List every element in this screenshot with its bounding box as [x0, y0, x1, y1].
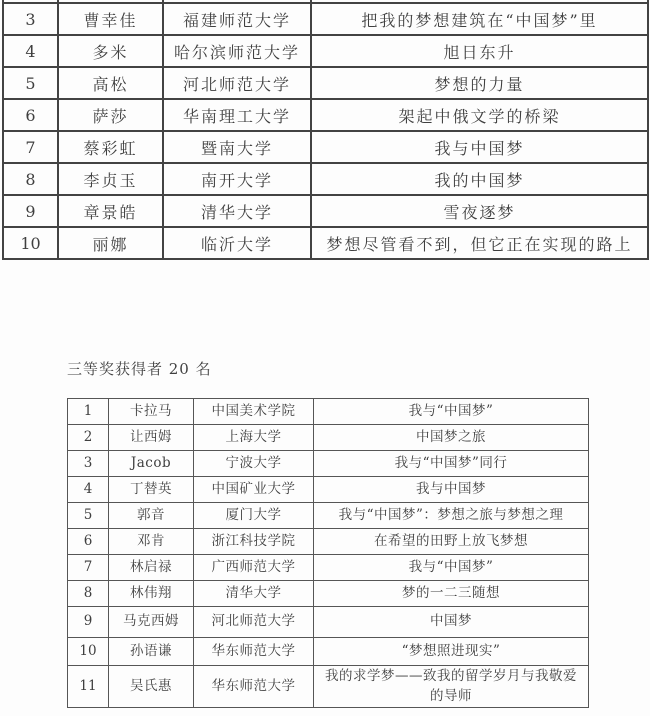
cell-school: 厦门大学: [194, 503, 314, 529]
cell-no: 1: [68, 399, 109, 425]
cell-name: 李贞玉: [58, 163, 163, 195]
cell-school: 上海大学: [194, 425, 314, 451]
cell-title: 梦的一二三随想: [314, 581, 589, 607]
cell-title: 中国梦之旅: [314, 425, 589, 451]
cell-name: 让西姆: [109, 425, 194, 451]
cell-name: 丁替英: [109, 477, 194, 503]
cell-title: 我与“中国梦”: [314, 399, 589, 425]
cell-name: 郭音: [109, 503, 194, 529]
table-row: 6萨莎华南理工大学架起中俄文学的桥梁: [3, 99, 648, 131]
cell-school: 清华大学: [163, 195, 311, 227]
cell-school: 清华大学: [194, 581, 314, 607]
cell-name: Jacob: [109, 451, 194, 477]
cell-title: 我的求学梦——致我的留学岁月与我敬爱的导师: [314, 666, 589, 708]
table-row: 4多米哈尔滨师范大学旭日东升: [3, 35, 648, 67]
cell-name: 高松: [58, 67, 163, 99]
cell-no: 4: [68, 477, 109, 503]
cell-title: 梦想的力量: [311, 67, 648, 99]
table-row: 5郭音厦门大学我与“中国梦”：梦想之旅与梦想之理: [68, 503, 589, 529]
cell-school: 临沂大学: [163, 227, 311, 259]
cell-school: 中国矿业大学: [194, 477, 314, 503]
cell-school: 福建师范大学: [163, 3, 311, 35]
table-row: 9马克西姆河北师范大学中国梦: [68, 607, 589, 638]
cell-title: 我的中国梦: [311, 163, 648, 195]
cell-title: 我与“中国梦”：梦想之旅与梦想之理: [314, 503, 589, 529]
cell-no: 5: [3, 67, 58, 99]
third-prize-heading: 三等奖获得者 20 名: [67, 358, 212, 379]
table-row: 7蔡彩虹暨南大学我与中国梦: [3, 131, 648, 163]
table-row: 10丽娜临沂大学梦想尽管看不到，但它正在实现的路上: [3, 227, 648, 259]
cell-title: 我与“中国梦”同行: [314, 451, 589, 477]
cell-no: 9: [68, 607, 109, 638]
cell-school: 浙江科技学院: [194, 529, 314, 555]
cell-school: 宁波大学: [194, 451, 314, 477]
cell-title: 我与“中国梦”: [314, 555, 589, 581]
cell-name: 蔡彩虹: [58, 131, 163, 163]
cell-title: “梦想照进现实”: [314, 638, 589, 666]
cell-name: 丽娜: [58, 227, 163, 259]
cell-no: 3: [3, 3, 58, 35]
cell-title: 在希望的田野上放飞梦想: [314, 529, 589, 555]
upper-prize-table-wrapper: 3曹幸佳福建师范大学把我的梦想建筑在“中国梦”里4多米哈尔滨师范大学旭日东升5高…: [2, 0, 649, 264]
cell-name: 萨莎: [58, 99, 163, 131]
table-row: 1卡拉马中国美术学院我与“中国梦”: [68, 399, 589, 425]
cell-title: 架起中俄文学的桥梁: [311, 99, 648, 131]
cell-no: 8: [68, 581, 109, 607]
upper-prize-table: 3曹幸佳福建师范大学把我的梦想建筑在“中国梦”里4多米哈尔滨师范大学旭日东升5高…: [2, 0, 649, 260]
cell-school: 河北师范大学: [163, 67, 311, 99]
cell-name: 章景皓: [58, 195, 163, 227]
third-prize-table: 1卡拉马中国美术学院我与“中国梦”2让西姆上海大学中国梦之旅3Jacob宁波大学…: [67, 398, 589, 708]
table-row: 8林伟翔清华大学梦的一二三随想: [68, 581, 589, 607]
cell-name: 马克西姆: [109, 607, 194, 638]
cell-school: 南开大学: [163, 163, 311, 195]
cell-name: 卡拉马: [109, 399, 194, 425]
cell-school: 广西师范大学: [194, 555, 314, 581]
table-row: 4丁替英中国矿业大学我与中国梦: [68, 477, 589, 503]
cell-name: 多米: [58, 35, 163, 67]
cell-title: 把我的梦想建筑在“中国梦”里: [311, 3, 648, 35]
cell-title: 我与中国梦: [314, 477, 589, 503]
table-row: 3曹幸佳福建师范大学把我的梦想建筑在“中国梦”里: [3, 3, 648, 35]
table-row: 3Jacob宁波大学我与“中国梦”同行: [68, 451, 589, 477]
table-row: 7林启禄广西师范大学我与“中国梦”: [68, 555, 589, 581]
cell-no: 2: [68, 425, 109, 451]
cell-title: 中国梦: [314, 607, 589, 638]
cell-school: 中国美术学院: [194, 399, 314, 425]
cell-name: 孙语谦: [109, 638, 194, 666]
cell-school: 暨南大学: [163, 131, 311, 163]
table-row: 6邓肯浙江科技学院在希望的田野上放飞梦想: [68, 529, 589, 555]
cell-no: 11: [68, 666, 109, 708]
cell-title: 雪夜逐梦: [311, 195, 648, 227]
cell-no: 6: [68, 529, 109, 555]
table-row: 2让西姆上海大学中国梦之旅: [68, 425, 589, 451]
table-row: 11吴氏惠华东师范大学我的求学梦——致我的留学岁月与我敬爱的导师: [68, 666, 589, 708]
cell-no: 6: [3, 99, 58, 131]
table-row: 8李贞玉南开大学我的中国梦: [3, 163, 648, 195]
cell-no: 5: [68, 503, 109, 529]
cell-title: 梦想尽管看不到，但它正在实现的路上: [311, 227, 648, 259]
cell-name: 邓肯: [109, 529, 194, 555]
cell-no: 10: [3, 227, 58, 259]
table-row: 10孙语谦华东师范大学“梦想照进现实”: [68, 638, 589, 666]
cell-title: 旭日东升: [311, 35, 648, 67]
cell-school: 河北师范大学: [194, 607, 314, 638]
cell-no: 7: [3, 131, 58, 163]
cell-no: 8: [3, 163, 58, 195]
cell-name: 林启禄: [109, 555, 194, 581]
cell-no: 10: [68, 638, 109, 666]
cell-name: 吴氏惠: [109, 666, 194, 708]
cell-name: 曹幸佳: [58, 3, 163, 35]
cell-name: 林伟翔: [109, 581, 194, 607]
cell-no: 4: [3, 35, 58, 67]
cell-school: 华东师范大学: [194, 638, 314, 666]
cell-school: 哈尔滨师范大学: [163, 35, 311, 67]
cell-no: 3: [68, 451, 109, 477]
table-row: 9章景皓清华大学雪夜逐梦: [3, 195, 648, 227]
table-row: 5高松河北师范大学梦想的力量: [3, 67, 648, 99]
cell-school: 华东师范大学: [194, 666, 314, 708]
cell-no: 7: [68, 555, 109, 581]
cell-no: 9: [3, 195, 58, 227]
cell-title: 我与中国梦: [311, 131, 648, 163]
cell-school: 华南理工大学: [163, 99, 311, 131]
